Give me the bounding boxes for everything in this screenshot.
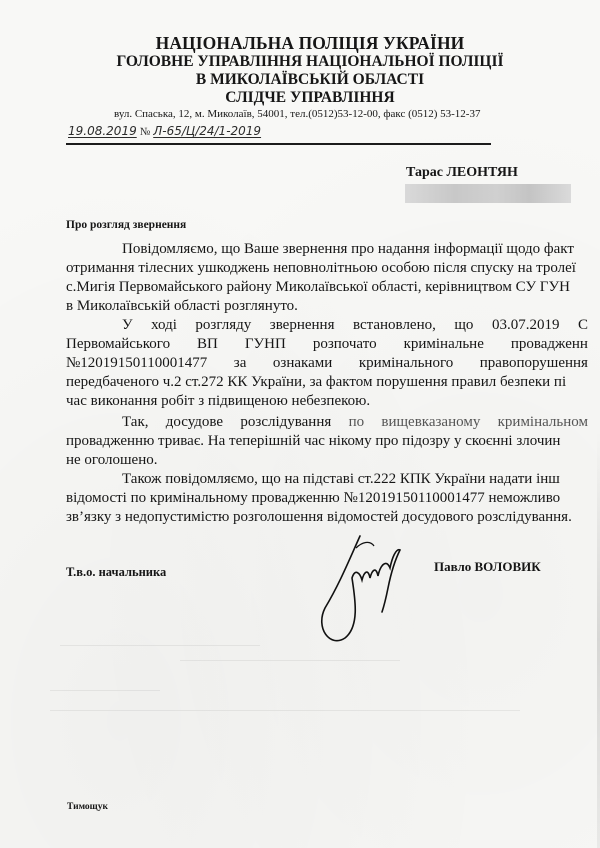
text-line: провадженню триває. На теперішній час ні…: [66, 432, 588, 451]
text-line: Також повідомляємо, що на підставі ст.22…: [66, 470, 588, 489]
text-line: ПервомайськогоВПГУНПрозпочатокримінальне…: [66, 335, 588, 354]
recipient-name: Тарас ЛЕОНТЯН: [406, 165, 518, 181]
text-line: відомості по кримінальному провадженню №…: [66, 489, 588, 508]
text-line: не оголошено.: [66, 451, 588, 470]
letterhead-divider: [66, 143, 491, 145]
signatory-title: Т.в.о. начальника: [66, 565, 166, 580]
text-line: №12019150110001477заознакамикримінальног…: [66, 354, 588, 373]
text-line: в Миколаївській області розглянуто.: [66, 297, 588, 316]
registration-number: Л-65/Ц/24/1-2019: [153, 124, 261, 138]
signatory-name: Павло ВОЛОВИК: [434, 559, 541, 575]
org-region: В МИКОЛАЇВСЬКІЙ ОБЛАСТІ: [20, 71, 600, 89]
paragraph-2: Уходірозглядузверненнявстановлено,що03.0…: [66, 316, 588, 411]
org-name: НАЦІОНАЛЬНА ПОЛІЦІЯ УКРАЇНИ: [20, 33, 600, 53]
text-line: отримання тілесних ушкоджень неповнолітн…: [66, 259, 588, 278]
handwritten-signature-icon: [300, 528, 410, 648]
text-line: зв’язку з недопустимістю розголошення ві…: [66, 508, 588, 527]
text-line: час виконання робіт з підвищеною небезпе…: [66, 392, 588, 411]
paragraph-1: Повідомляємо, що Ваше звернення про нада…: [66, 240, 588, 316]
executor-name: Тимощук: [67, 802, 108, 812]
text-line: с.Мигія Первомайського району Миколаївсь…: [66, 278, 588, 297]
registration-date: 19.08.2019: [68, 124, 137, 138]
org-address: вул. Спаська, 12, м. Миколаїв, 54001, те…: [114, 108, 480, 120]
document-page: НАЦІОНАЛЬНА ПОЛІЦІЯ УКРАЇНИ ГОЛОВНЕ УПРА…: [0, 0, 600, 848]
subject-line: Про розгляд звернення: [66, 219, 186, 231]
paragraph-3: Так,досудоверозслідуванняповищевказаному…: [66, 413, 588, 470]
text-line: Уходірозглядузверненнявстановлено,що03.0…: [66, 316, 588, 335]
text-line: передбаченого ч.2 ст.272 КК України, за …: [66, 373, 588, 392]
text-line: Повідомляємо, що Ваше звернення про нада…: [66, 240, 588, 259]
org-unit: СЛІДЧЕ УПРАВЛІННЯ: [20, 89, 600, 107]
paragraph-4: Також повідомляємо, що на підставі ст.22…: [66, 470, 588, 527]
letterhead: НАЦІОНАЛЬНА ПОЛІЦІЯ УКРАЇНИ ГОЛОВНЕ УПРА…: [0, 33, 600, 107]
redacted-address-block: [405, 184, 571, 203]
org-department: ГОЛОВНЕ УПРАВЛІННЯ НАЦІОНАЛЬНОЇ ПОЛІЦІЇ: [20, 53, 600, 71]
text-line: Так,досудоверозслідуванняповищевказаному…: [66, 413, 588, 432]
registration-line: 19.08.2019№Л-65/Ц/24/1-2019: [68, 124, 261, 138]
number-sign: №: [140, 126, 151, 138]
